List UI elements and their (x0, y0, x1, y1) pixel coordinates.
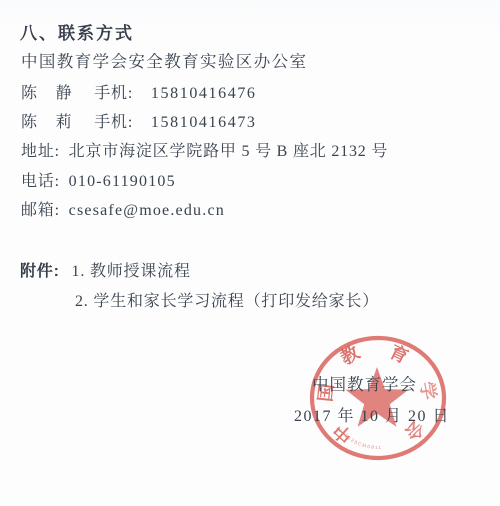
mobile-number: 15810416473 (151, 114, 257, 132)
contact-row-1: 陈 静 手机: 15810416476 (21, 80, 257, 103)
mobile-label: 手机: (94, 109, 133, 132)
contact-surname: 陈 (21, 80, 38, 103)
scanned-document-page: 八、联系方式 中国教育学会安全教育实验区办公室 陈 静 手机: 15810416… (0, 0, 500, 506)
phone-label: 电话: (21, 168, 60, 191)
email-row: 邮箱: csesafe@moe.edu.cn (21, 197, 225, 220)
phone-value: 010-61190105 (69, 173, 176, 190)
contact-surname: 陈 (21, 109, 38, 132)
address-row: 地址: 北京市海淀区学院路甲 5 号 B 座北 2132 号 (21, 138, 388, 161)
mobile-number: 15810416476 (151, 85, 257, 103)
section-heading: 八、联系方式 (20, 19, 134, 44)
attachment-item-2: 2. 学生和家长学习流程（打印发给家长） (75, 288, 379, 311)
contact-row-2: 陈 莉 手机: 15810416473 (21, 109, 257, 132)
email-value: csesafe@moe.edu.cn (69, 202, 225, 219)
seal-ring-char: 学 (416, 380, 440, 401)
signature-organization: 中国教育学会 (312, 371, 417, 395)
official-seal-stamp: 中 国 教 育 学 会 1100020CM0811 (305, 332, 451, 464)
contact-given-name: 莉 (56, 109, 73, 132)
attachment-item-1: 1. 教师授课流程 (72, 263, 191, 280)
attachments-row: 附件: 1. 教师授课流程 (20, 258, 191, 281)
seal-ring-char: 教 (336, 341, 364, 369)
signature-date: 2017 年 10 月 20 日 (294, 403, 450, 426)
contact-given-name: 静 (56, 80, 73, 103)
mobile-label: 手机: (94, 80, 133, 103)
address-value: 北京市海淀区学院路甲 5 号 B 座北 2132 号 (69, 143, 388, 160)
attachments-label: 附件: (20, 258, 60, 281)
office-name: 中国教育学会安全教育实验区办公室 (21, 48, 307, 72)
phone-row: 电话: 010-61190105 (21, 168, 176, 191)
email-label: 邮箱: (21, 197, 60, 220)
address-label: 地址: (21, 138, 60, 161)
